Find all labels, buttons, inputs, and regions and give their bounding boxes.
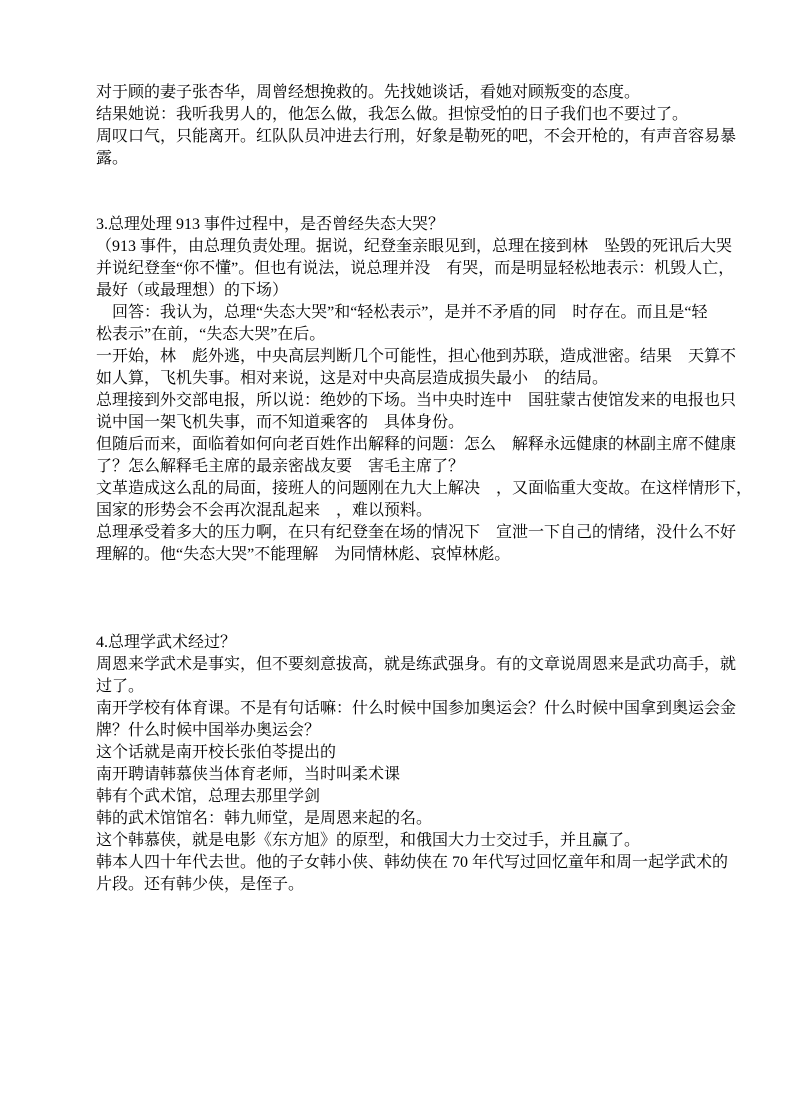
text-line: 国家的形势会不会再次混乱起来 ，难以预料。	[96, 500, 716, 522]
text-line: 并说纪登奎“你不懂”。但也有说法，说总理并没 有哭，而是明显轻松地表示：机毁人亡…	[96, 258, 716, 280]
text-line: 了？怎么解释毛主席的最亲密战友要 害毛主席了？	[96, 456, 716, 478]
text-line: 过了。	[96, 676, 716, 698]
text-line: 这个话就是南开校长张伯苓提出的	[96, 742, 716, 764]
text-line: 片段。还有韩少侠，是侄子。	[96, 874, 716, 896]
text-line: （913 事件，由总理负责处理。据说，纪登奎亲眼见到，总理在接到林 坠毁的死讯后…	[96, 236, 716, 258]
text-line: 说中国一架飞机失事，而不知道乘客的 具体身份。	[96, 412, 716, 434]
text-line: 一开始，林 彪外逃，中央高层判断几个可能性，担心他到苏联，造成泄密。结果 天算不	[96, 346, 716, 368]
text-line: 韩有个武术馆，总理去那里学剑	[96, 786, 716, 808]
blank-line	[96, 566, 716, 588]
text-line: 牌？什么时候中国举办奥运会？	[96, 720, 716, 742]
blank-line	[96, 192, 716, 214]
text-line: 总理承受着多大的压力啊，在只有纪登奎在场的情况下 宣泄一下自己的情绪，没什么不好	[96, 522, 716, 544]
text-line: 韩的武术馆馆名：韩九师堂，是周恩来起的名。	[96, 808, 716, 830]
document-page: 对于顾的妻子张杏华，周曾经想挽救的。先找她谈话，看她对顾叛变的态度。结果她说：我…	[0, 0, 800, 1100]
text-line: 周叹口气，只能离开。红队队员冲进去行刑，好象是勒死的吧，不会开枪的，有声音容易暴	[96, 126, 716, 148]
text-line: 南开聘请韩慕侠当体育老师，当时叫柔术课	[96, 764, 716, 786]
text-line: 结果她说：我听我男人的，他怎么做，我怎么做。担惊受怕的日子我们也不要过了。	[96, 104, 716, 126]
text-line: 松表示”在前，“失态大哭”在后。	[96, 324, 716, 346]
blank-line	[96, 588, 716, 610]
document-text: 对于顾的妻子张杏华，周曾经想挽救的。先找她谈话，看她对顾叛变的态度。结果她说：我…	[96, 82, 716, 896]
text-line: 但随后而来，面临着如何向老百姓作出解释的问题：怎么 解释永远健康的林副主席不健康	[96, 434, 716, 456]
text-line: 如人算，飞机失事。相对来说，这是对中央高层造成损失最小 的结局。	[96, 368, 716, 390]
text-line: 最好（或最理想）的下场）	[96, 280, 716, 302]
text-line: 韩本人四十年代去世。他的子女韩小侠、韩幼侠在 70 年代写过回忆童年和周一起学武…	[96, 852, 716, 874]
text-line: 这个韩慕侠，就是电影《东方旭》的原型，和俄国大力士交过手，并且赢了。	[96, 830, 716, 852]
text-line: 总理接到外交部电报，所以说：绝妙的下场。当中央时连中 国驻蒙古使馆发来的电报也只	[96, 390, 716, 412]
text-line: 回答：我认为，总理“失态大哭”和“轻松表示”，是并不矛盾的同 时存在。而且是“轻	[96, 302, 716, 324]
text-line: 南开学校有体育课。不是有句话嘛：什么时候中国参加奥运会？什么时候中国拿到奥运会金	[96, 698, 716, 720]
blank-line	[96, 610, 716, 632]
text-line: 露。	[96, 148, 716, 170]
section-heading-q4-martial-arts: 4.总理学武术经过？	[96, 632, 716, 654]
section-heading-q3-913-incident: 3.总理处理 913 事件过程中，是否曾经失态大哭？	[96, 214, 716, 236]
text-line: 对于顾的妻子张杏华，周曾经想挽救的。先找她谈话，看她对顾叛变的态度。	[96, 82, 716, 104]
text-line: 文革造成这么乱的局面，接班人的问题刚在九大上解决 ，又面临重大变故。在这样情形下…	[96, 478, 716, 500]
text-line: 周恩来学武术是事实，但不要刻意拔高，就是练武强身。有的文章说周恩来是武功高手，就	[96, 654, 716, 676]
blank-line	[96, 170, 716, 192]
text-line: 理解的。他“失态大哭”不能理解 为同情林彪、哀悼林彪。	[96, 544, 716, 566]
